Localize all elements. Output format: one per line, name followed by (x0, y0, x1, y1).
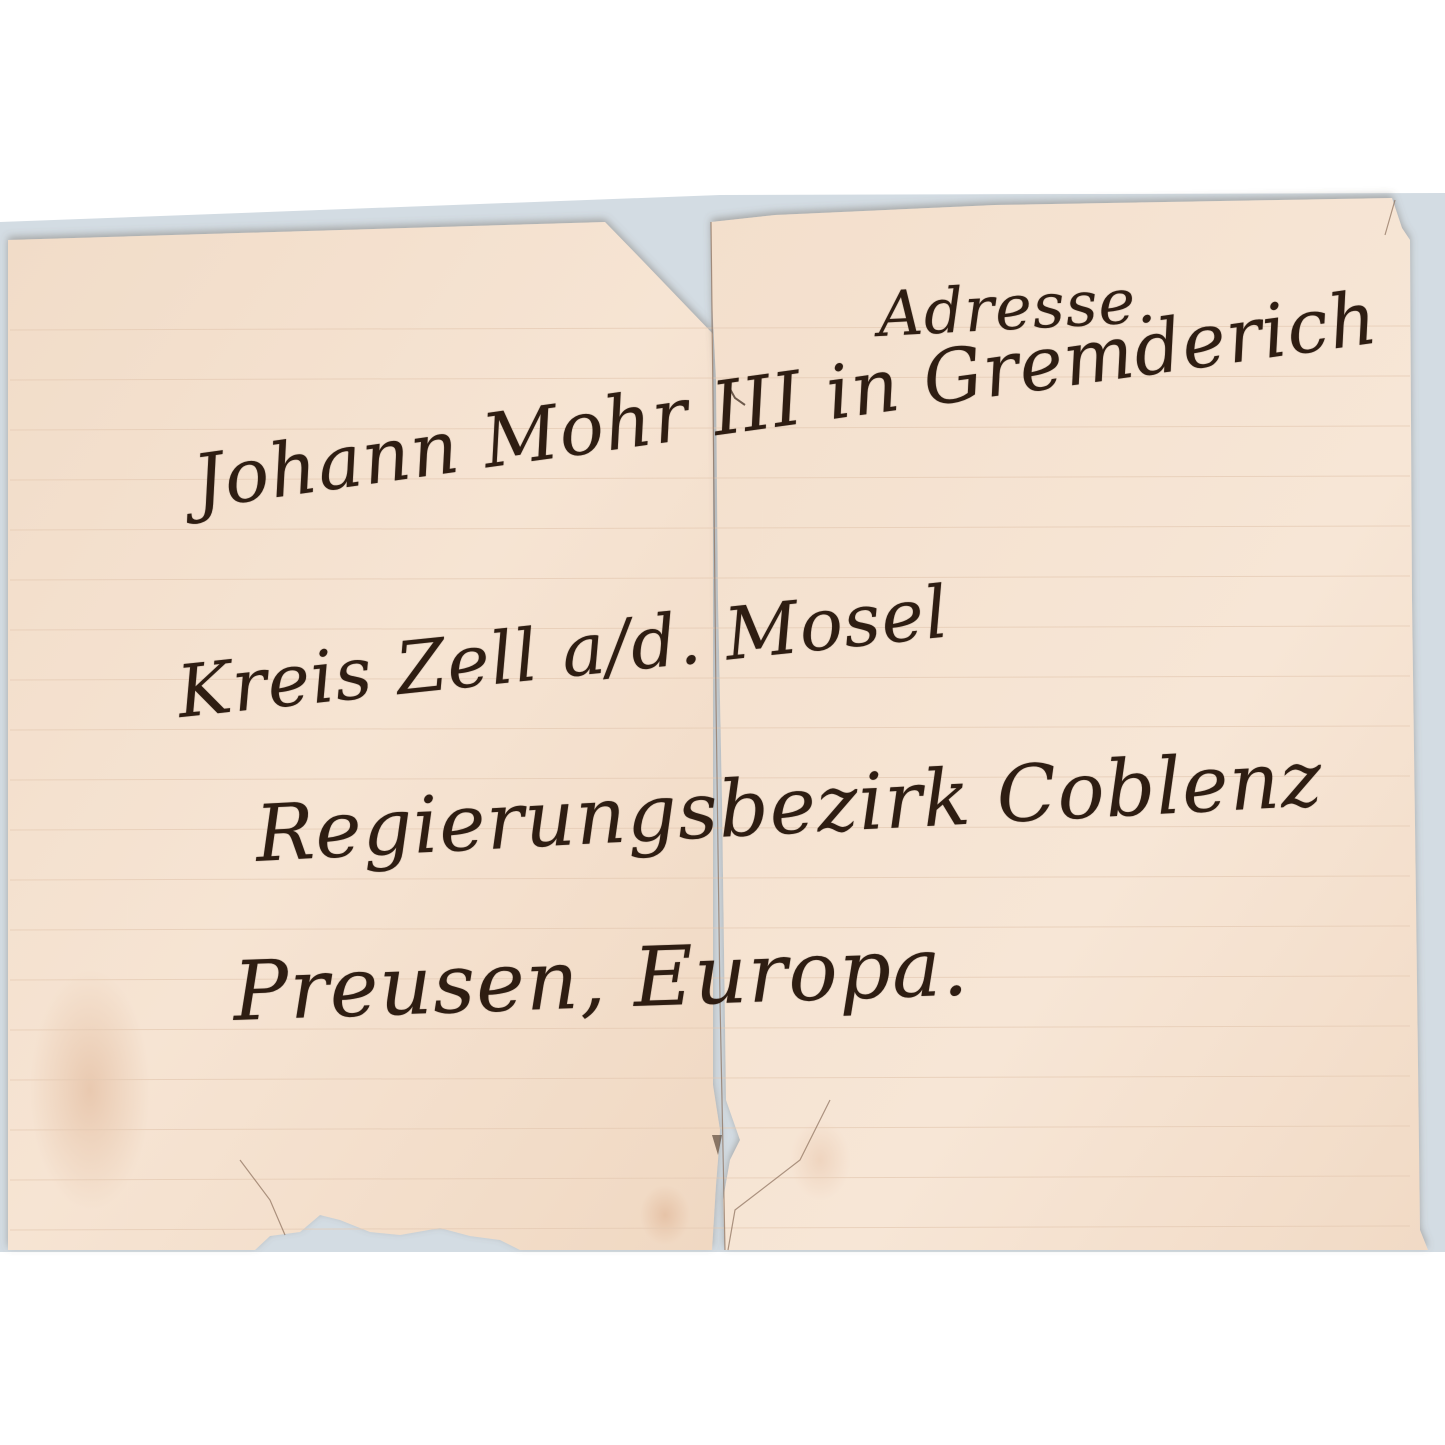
scanned-document: Adresse. Johann Mohr III in Gremderich K… (0, 0, 1445, 1445)
